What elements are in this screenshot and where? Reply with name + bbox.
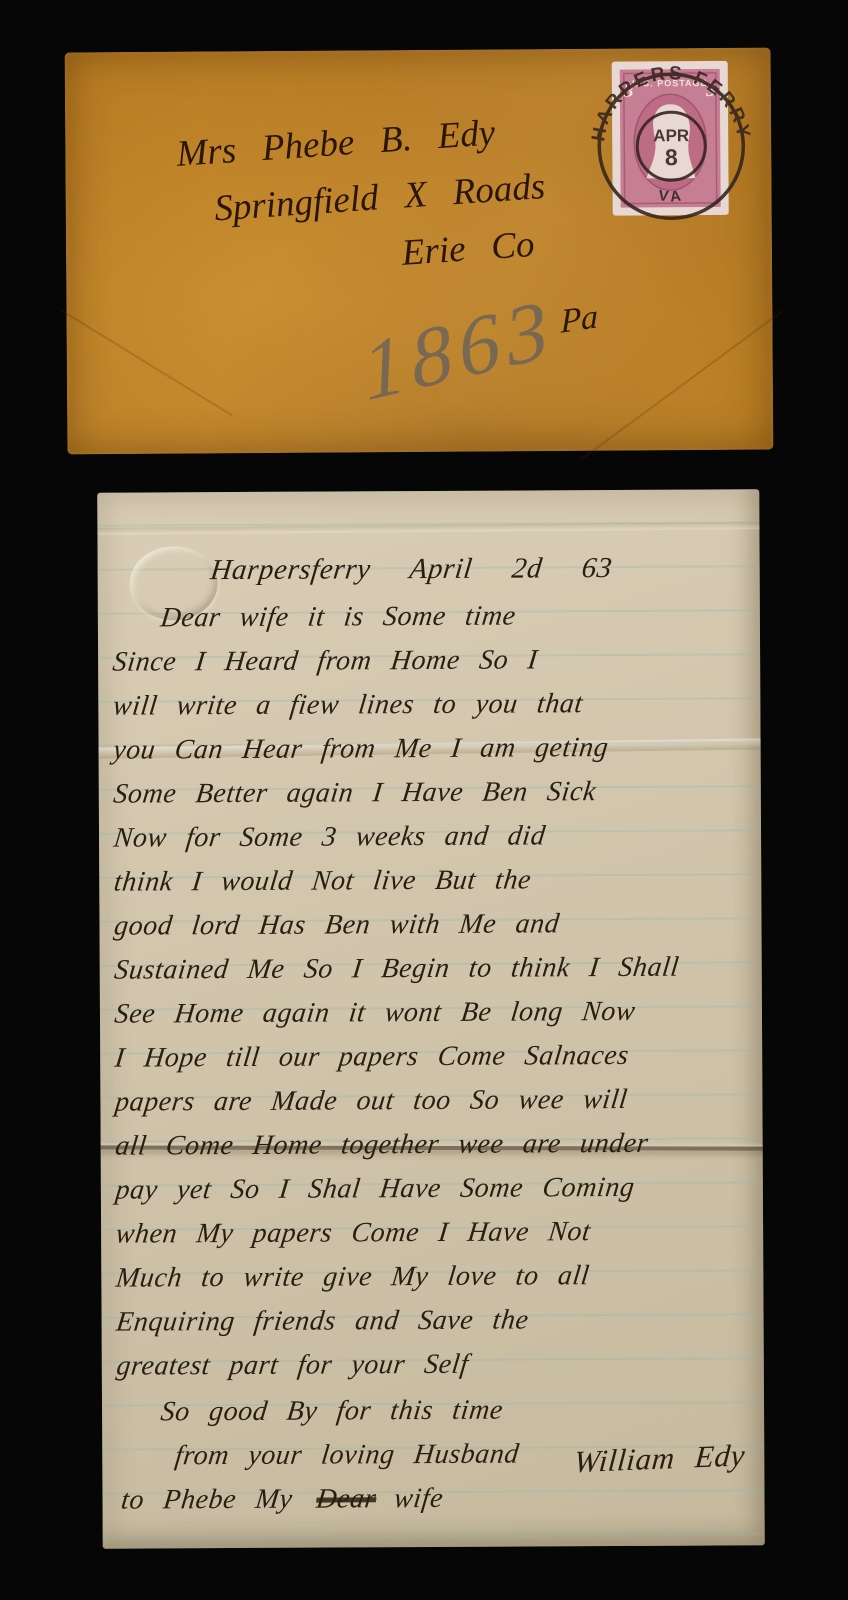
state-abbreviation: Pa <box>561 298 599 342</box>
letter-line: you Can Hear from Me I am geting <box>110 731 751 778</box>
letter-line: will write a fiew lines to you that <box>110 687 751 734</box>
letter-line: when My papers Come I Have Not <box>113 1215 754 1262</box>
envelope-flap-crease-left <box>61 310 232 417</box>
letter-line: greatest part for your Self <box>113 1347 754 1394</box>
postscript-prefix: to Phebe My <box>119 1484 294 1516</box>
address-line-county: Erie Co <box>400 215 551 282</box>
letter-line: Dear wife it is Some time <box>157 599 750 646</box>
postmark-state: VA <box>657 187 686 206</box>
letter-line: Enquiring friends and Save the <box>113 1303 754 1350</box>
letter-line: think I would Not live But the <box>111 863 752 910</box>
postmark-day: 8 <box>665 144 678 170</box>
letter-line: Sustained Me So I Begin to think I Shall <box>111 951 752 998</box>
letter-text: Harpersferry April 2d 63 Dear wife it is… <box>112 551 753 1528</box>
envelope-address: Mrs Phebe B. Edy Springfield X Roads Eri… <box>175 101 551 296</box>
envelope-flap-crease-right <box>581 310 783 460</box>
letter-signoff: So good By for this time <box>158 1393 755 1440</box>
letter-place-date: Harpersferry April 2d 63 <box>207 551 751 602</box>
letter-line: pay yet So I Shal Have Some Coming <box>112 1171 753 1218</box>
letter-signature: William Edy <box>573 1437 747 1480</box>
letter-line: good lord Has Ben with Me and <box>111 907 752 954</box>
postscript-struck-word: Dear <box>315 1483 378 1514</box>
letter-line: I Hope till our papers Come Salnaces <box>112 1039 753 1086</box>
letter-line: Now for Some 3 weeks and did <box>110 819 751 866</box>
letter-line: Much to write give My love to all <box>113 1259 754 1306</box>
letter-page: Harpersferry April 2d 63 Dear wife it is… <box>97 489 765 1548</box>
letter-line: papers are Made out too So wee will <box>112 1083 753 1130</box>
letter-line: all Come Home together wee are under <box>112 1127 753 1174</box>
letter-from-line: from your loving Husband <box>173 1439 521 1472</box>
postscript-suffix: wife <box>392 1483 445 1514</box>
envelope: Mrs Phebe B. Edy Springfield X Roads Eri… <box>65 48 774 455</box>
postmark-month: APR <box>653 126 689 145</box>
pencil-year-notation: 1863 <box>357 279 560 421</box>
letter-line: See Home again it wont Be long Now <box>111 995 752 1042</box>
letter-line: Some Better again I Have Ben Sick <box>110 775 751 822</box>
letter-postscript-row: to Phebe MyDearwife <box>118 1481 755 1528</box>
letter-line: Since I Heard from Home So I <box>110 643 751 690</box>
letter-closing-row: from your loving Husband William Edy <box>172 1437 755 1484</box>
postmark: HARPERS FERRY VA APR 8 <box>586 61 757 232</box>
